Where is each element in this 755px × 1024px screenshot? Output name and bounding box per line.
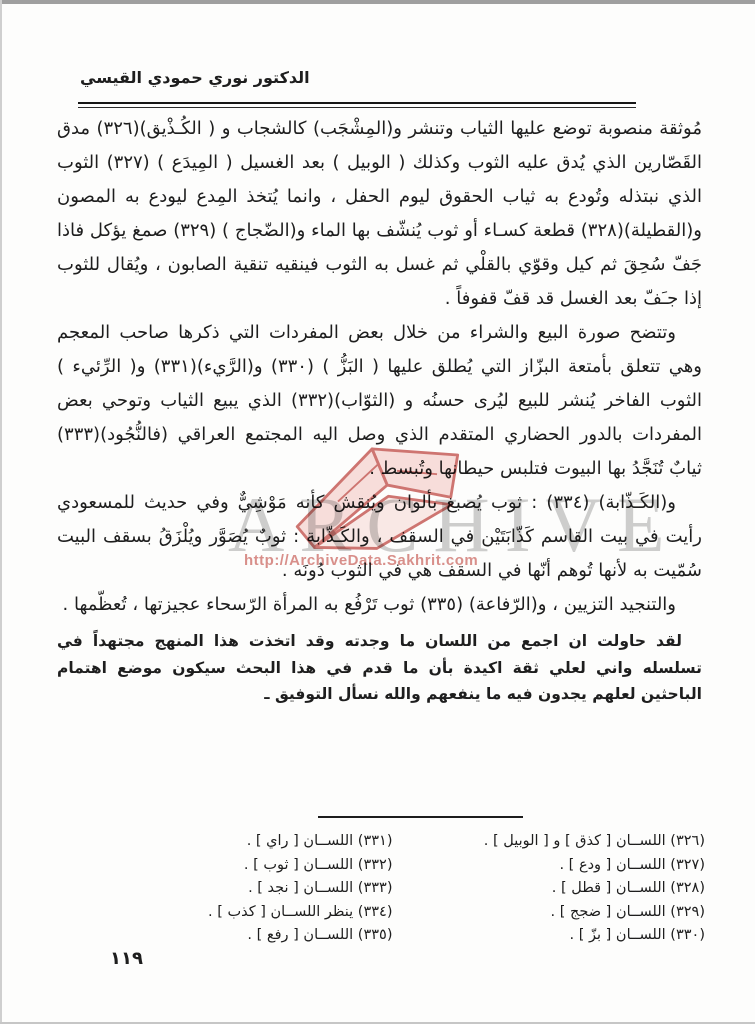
footnote-item: (٣٢٨) اللســان [ قطل ] . <box>393 877 706 901</box>
scan-edge-left <box>0 0 2 1024</box>
body-text: مُوثقة منصوبة توضع عليها الثياب وتنشر و(… <box>57 112 702 708</box>
body-paragraph: وتتضح صورة البيع والشراء من خلال بعض الم… <box>57 316 702 486</box>
closing-paragraph: لقد حاولت ان اجمع من اللسان ما وجدته وقد… <box>57 628 702 708</box>
footnote-item: (٣٣١) اللســان [ راي ] . <box>80 830 393 854</box>
footnote-item: (٣٣٢) اللســان [ ثوب ] . <box>80 854 393 878</box>
footnote-column-left: (٣٣١) اللســان [ راي ] . (٣٣٢) اللســان … <box>80 830 393 948</box>
footnote-item: (٣٣٤) ينظر اللســان [ كذب ] . <box>80 901 393 925</box>
footnote-item: (٣٣٥) اللســان [ رفع ] . <box>80 924 393 948</box>
footnote-item: (٣٣٣) اللســان [ نجد ] . <box>80 877 393 901</box>
footnote-item: (٣٣٠) اللســان [ بزّ ] . <box>393 924 706 948</box>
header-rule <box>78 102 636 108</box>
body-paragraph: مُوثقة منصوبة توضع عليها الثياب وتنشر و(… <box>57 112 702 316</box>
footnote-separator <box>318 816 523 818</box>
body-paragraph: والتنجيد التزيين ، و(الرّفاعة) (٣٣٥) ثوب… <box>57 588 702 622</box>
page-number: ١١٩ <box>110 948 143 969</box>
footnote-item: (٣٢٩) اللســان [ ضجج ] . <box>393 901 706 925</box>
author-name: الدكتور نوري حمودي القيسي <box>80 68 310 87</box>
body-paragraph: و(الكَـذّابة) (٣٣٤) : ثوب يُصبغ بألوان و… <box>57 486 702 588</box>
footnote-item: (٣٢٦) اللســان [ كذق ] و [ الوبيل ] . <box>393 830 706 854</box>
footnote-item: (٣٢٧) اللســان [ ودع ] . <box>393 854 706 878</box>
scan-edge-top <box>0 0 755 4</box>
footnote-column-right: (٣٢٦) اللســان [ كذق ] و [ الوبيل ] . (٣… <box>393 830 706 948</box>
footnotes: (٣٢٦) اللســان [ كذق ] و [ الوبيل ] . (٣… <box>80 830 705 948</box>
scanned-book-page: الدكتور نوري حمودي القيسي مُوثقة منصوبة … <box>0 0 755 1024</box>
